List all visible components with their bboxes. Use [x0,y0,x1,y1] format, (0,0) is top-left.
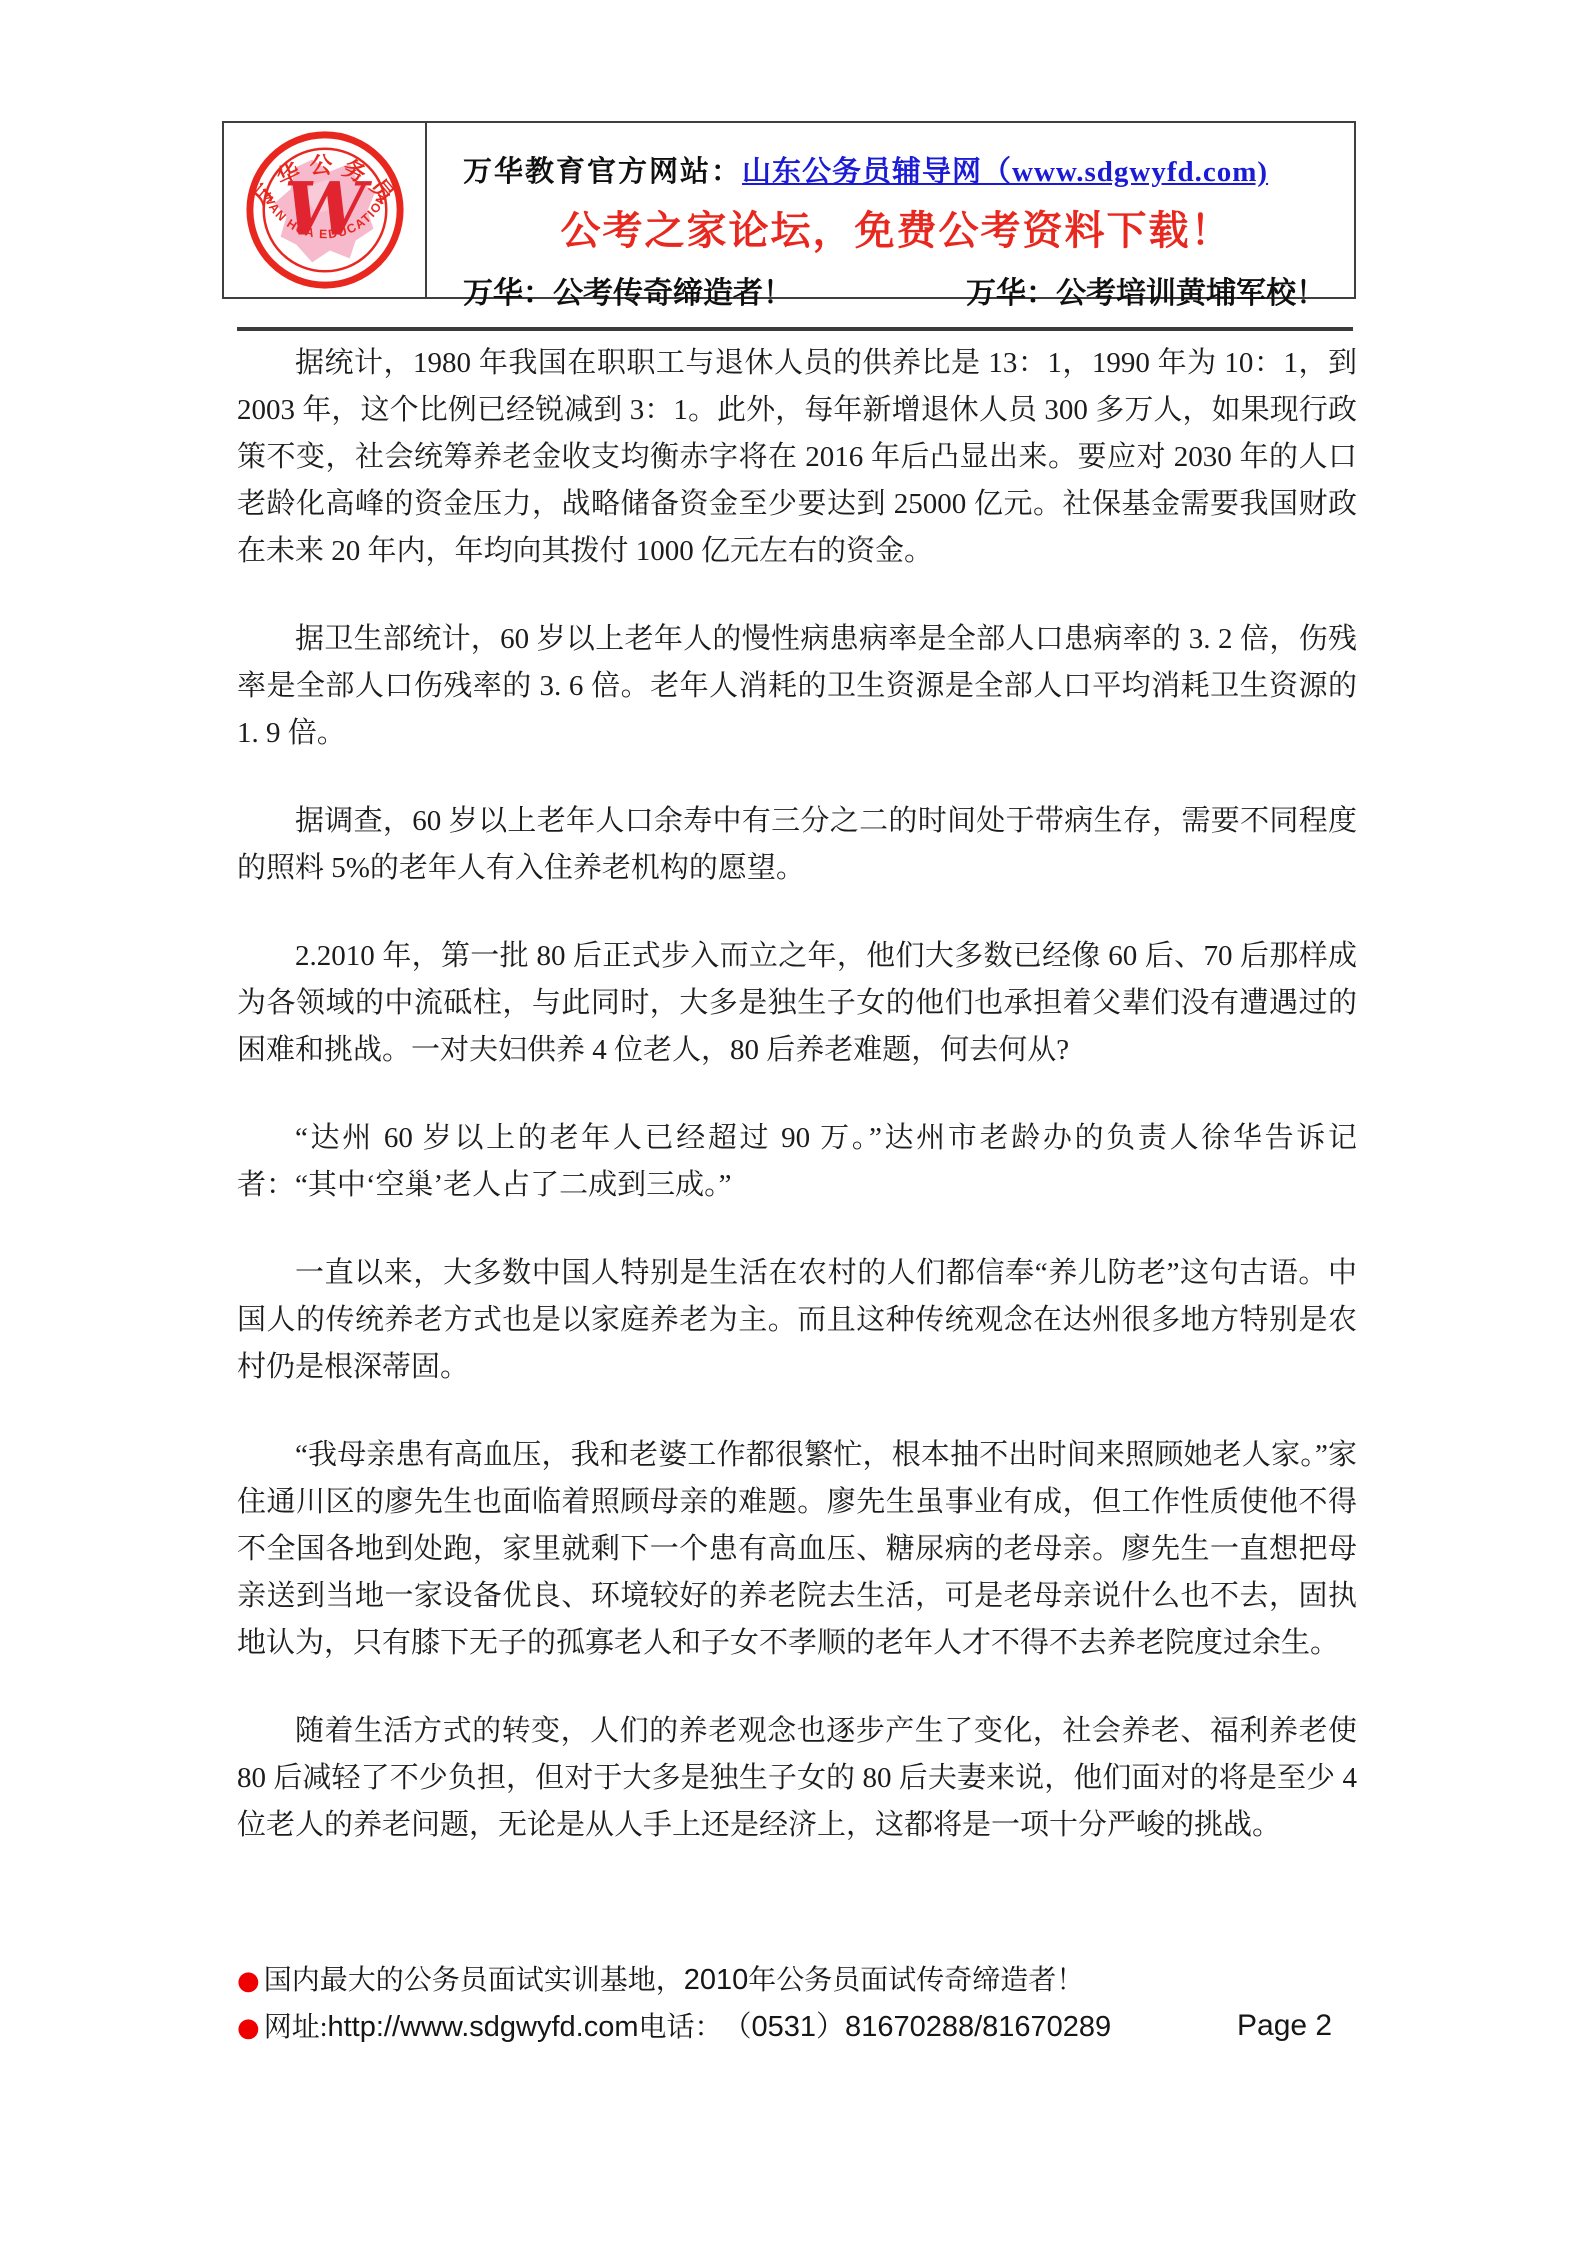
footer-url-label: 网址: [264,2005,328,2051]
document-body: 据统计，1980 年我国在职职工与退休人员的供养比是 13：1，1990 年为 … [237,340,1357,1890]
red-bullet-icon: ● [237,2015,260,2041]
slogan-left: 万华：公考传奇缔造者！ [463,268,793,312]
site-line: 万华教育官方网站：山东公务员辅导网（www.sdgwyfd.com) [463,149,1330,190]
footer-line1-text-a: 国内最大的公务员面试实训基地， [264,1958,684,2004]
footer-phone-label: 电话： [639,2005,723,2051]
footer: ● 国内最大的公务员面试实训基地， 2010 年公务员面试传奇缔造者！ ● 网址… [237,1957,1357,2051]
footer-phone: （0531）81670288/81670289 [723,2004,1112,2050]
footer-line1-text-b: 年公务员面试传奇缔造者！ [748,1958,1084,2004]
banner-text: 公考之家论坛，免费公考资料下载！ [463,199,1330,256]
paragraph: 据统计，1980 年我国在职职工与退休人员的供养比是 13：1，1990 年为 … [237,340,1357,575]
header-divider [237,327,1353,331]
footer-line1-year: 2010 [684,1957,749,2003]
logo-cell: 万华公务员 WAN HUA EDUCATION W [224,123,427,297]
header: 万华公务员 WAN HUA EDUCATION W 万华教育官方网站：山东公务员… [222,121,1356,299]
footer-line-2: ● 网址: http://www.sdgwyfd.com 电话： （0531）8… [237,2004,1357,2051]
paragraph: 随着生活方式的转变，人们的养老观念也逐步产生了变化，社会养老、福利养老使 80 … [237,1708,1357,1849]
paragraph: 据卫生部统计，60 岁以上老年人的慢性病患病率是全部人口患病率的 3. 2 倍，… [237,616,1357,757]
wanhua-logo-icon: 万华公务员 WAN HUA EDUCATION W [241,126,409,294]
paragraph: 据调查，60 岁以上老年人口余寿中有三分之二的时间处于带病生存，需要不同程度的照… [237,798,1357,892]
logo-monogram: W [283,167,372,253]
paragraph: 一直以来，大多数中国人特别是生活在农村的人们都信奉“养儿防老”这句古语。中国人的… [237,1250,1357,1391]
footer-line-1: ● 国内最大的公务员面试实训基地， 2010 年公务员面试传奇缔造者！ [237,1957,1357,2004]
paragraph: 2.2010 年，第一批 80 后正式步入而立之年，他们大多数已经像 60 后、… [237,933,1357,1074]
footer-url: http://www.sdgwyfd.com [327,2004,638,2050]
slogan-line: 万华：公考传奇缔造者！ 万华：公考培训黄埔军校！ [463,268,1330,312]
site-link[interactable]: 山东公务员辅导网（www.sdgwyfd.com) [742,156,1268,188]
page-number: Page 2 [1237,2003,1332,2049]
paragraph: “达州 60 岁以上的老年人已经超过 90 万。”达州市老龄办的负责人徐华告诉记… [237,1115,1357,1209]
red-bullet-icon: ● [237,1968,260,1994]
header-text-cell: 万华教育官方网站：山东公务员辅导网（www.sdgwyfd.com) 公考之家论… [427,123,1354,297]
paragraph: “我母亲患有高血压，我和老婆工作都很繁忙，根本抽不出时间来照顾她老人家。”家住通… [237,1432,1357,1667]
slogan-right: 万华：公考培训黄埔军校！ [966,268,1326,312]
site-label: 万华教育官方网站： [463,156,742,188]
document-page: 万华公务员 WAN HUA EDUCATION W 万华教育官方网站：山东公务员… [0,0,1594,2252]
